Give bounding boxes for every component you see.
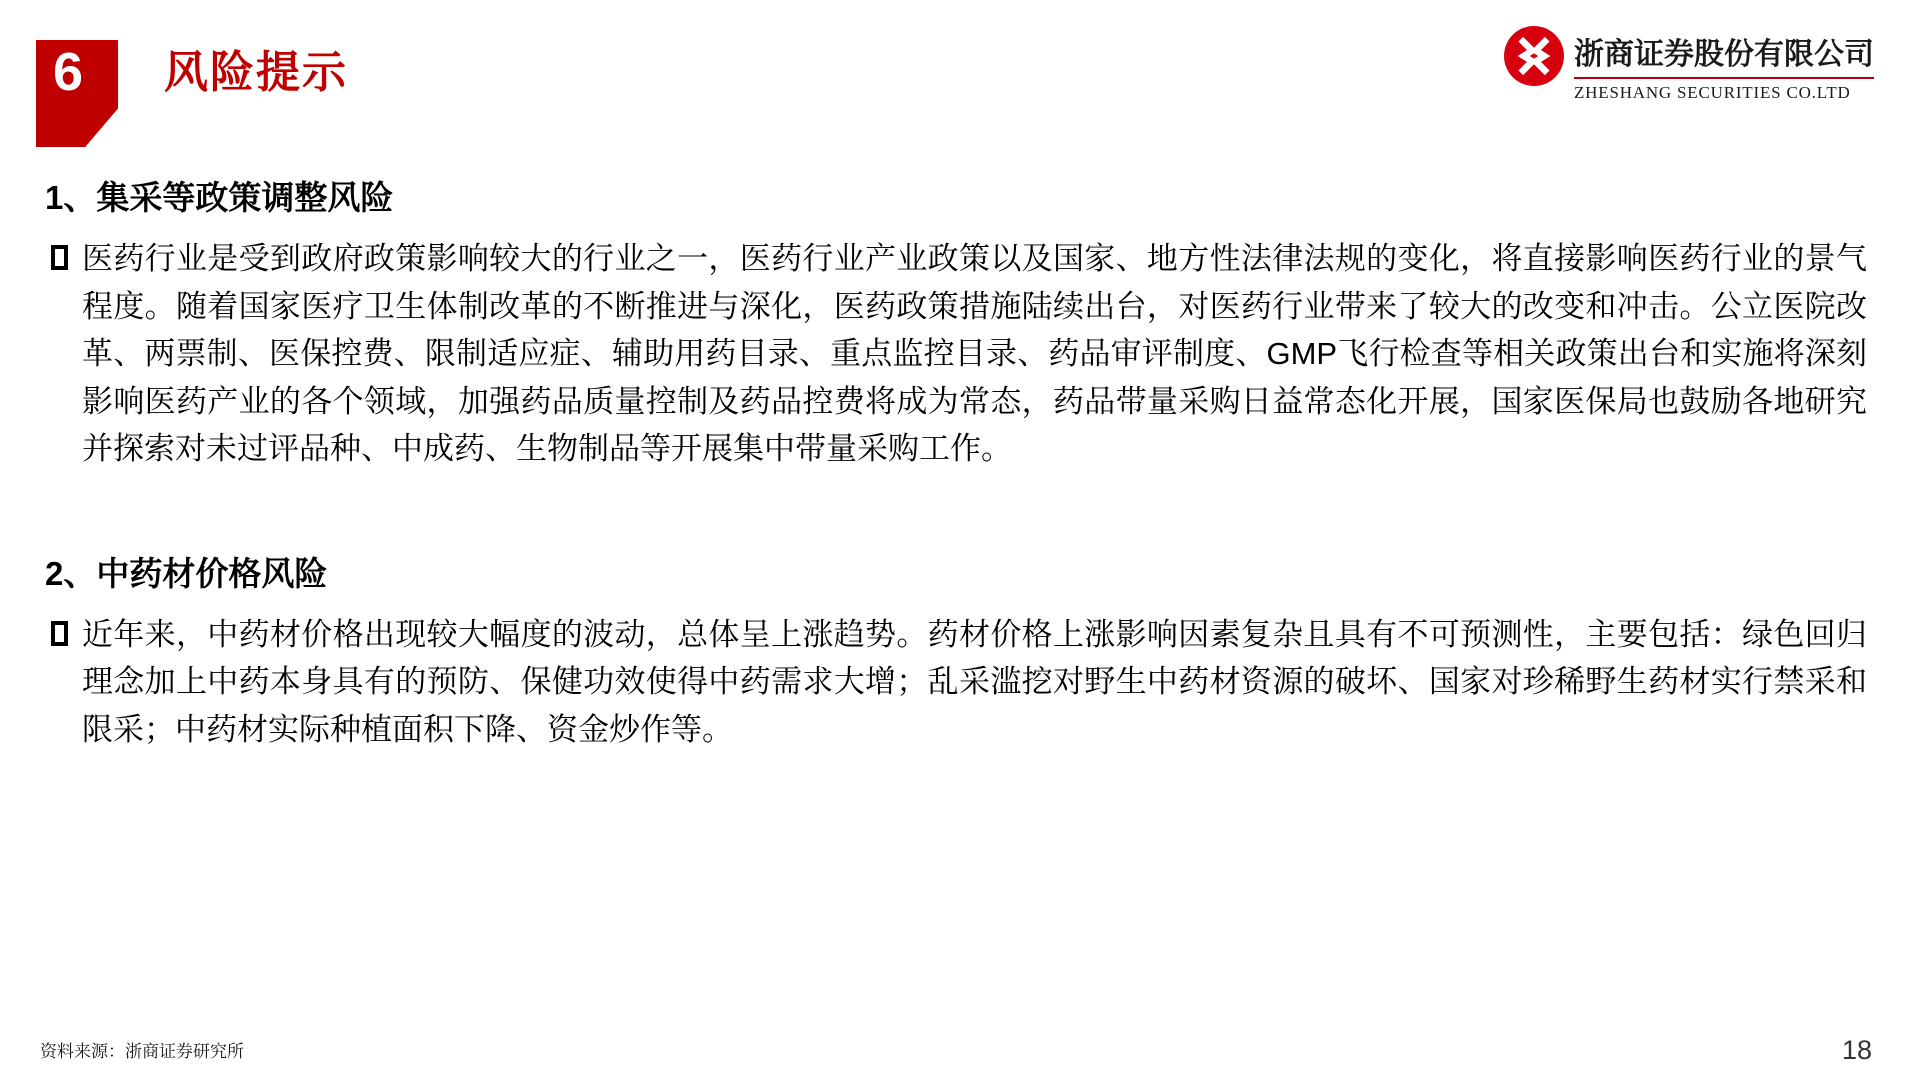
risk-section-2: 2、中药材价格风险 近年来，中药材价格出现较大幅度的波动，总体呈上涨趋势。药材价… [45, 551, 1867, 754]
section-number-badge: 6 [36, 40, 118, 147]
risk-section-1-paragraph: 医药行业是受到政府政策影响较大的行业之一，医药行业产业政策以及国家、地方性法律法… [45, 235, 1867, 473]
section-number: 6 [53, 41, 83, 103]
page-number: 18 [1842, 1035, 1872, 1066]
company-logo: 浙商证券股份有限公司 ZHESHANG SECURITIES CO.LTD [1504, 26, 1874, 103]
square-bullet-icon [51, 245, 68, 270]
company-name-en: ZHESHANG SECURITIES CO.LTD [1574, 83, 1874, 103]
company-name-block: 浙商证券股份有限公司 ZHESHANG SECURITIES CO.LTD [1574, 26, 1874, 103]
risk-section-1-text: 医药行业是受到政府政策影响较大的行业之一，医药行业产业政策以及国家、地方性法律法… [82, 235, 1867, 473]
company-name-cn: 浙商证券股份有限公司 [1574, 29, 1874, 79]
risk-section-1: 1、集采等政策调整风险 医药行业是受到政府政策影响较大的行业之一，医药行业产业政… [45, 175, 1867, 473]
zheshang-securities-logo-icon [1504, 26, 1564, 86]
risk-section-2-paragraph: 近年来，中药材价格出现较大幅度的波动，总体呈上涨趋势。药材价格上涨影响因素复杂且… [45, 611, 1867, 754]
risk-section-2-heading: 2、中药材价格风险 [45, 551, 1867, 597]
square-bullet-icon [51, 621, 68, 646]
source-note: 资料来源：浙商证券研究所 [40, 1037, 244, 1062]
page-title: 风险提示 [164, 36, 348, 100]
risk-section-2-text: 近年来，中药材价格出现较大幅度的波动，总体呈上涨趋势。药材价格上涨影响因素复杂且… [82, 611, 1867, 754]
risk-section-1-heading: 1、集采等政策调整风险 [45, 175, 1867, 221]
slide-content: 1、集采等政策调整风险 医药行业是受到政府政策影响较大的行业之一，医药行业产业政… [45, 175, 1867, 753]
